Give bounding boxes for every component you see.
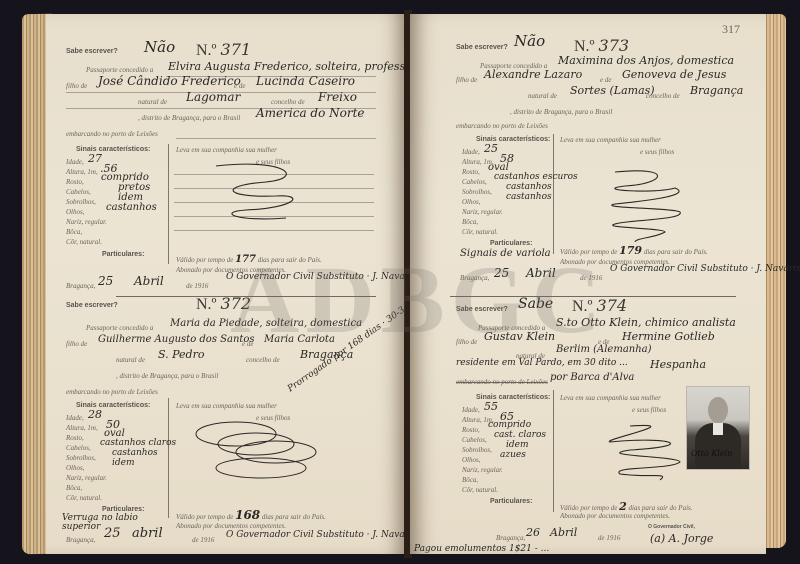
governor-signature: O Governador Civil Substituto · J. Navar… <box>610 264 800 274</box>
filhos-label: e seus filhos <box>640 148 674 156</box>
cor-label: Côr, natural. <box>66 238 102 246</box>
concelho-label: concelho de <box>271 98 305 106</box>
cancel-scribble <box>595 166 695 246</box>
abonado-label: Abonado por documentos competentes. <box>176 522 286 530</box>
entry-number: N.º 373 <box>574 36 629 56</box>
cancel-scribble <box>206 158 316 228</box>
year-label: de 1916 <box>192 536 214 544</box>
month-value: Abril <box>550 526 577 539</box>
destination: America do Norte <box>256 106 365 120</box>
particulares-label: Particulares: <box>102 506 144 513</box>
concelho-label: concelho de <box>246 356 280 364</box>
residence-note: residente em Val Pardo, em 30 dito ... <box>456 358 628 368</box>
cabelos-value: castanhos claros <box>100 438 176 448</box>
distrito-label: , distrito de Bragança, para o Brasil <box>138 114 240 122</box>
cor-label: Côr, natural. <box>462 486 498 494</box>
rosto-label: Rosto, <box>462 426 480 434</box>
cancel-scribble <box>590 422 700 482</box>
birthplace: Lagomar <box>186 90 240 104</box>
valido-label: Válido por tempo de 168 dias para sair d… <box>176 508 326 522</box>
governor-signature: (a) A. Jorge <box>650 532 713 545</box>
passport-entry-374: Sabe escrever? Sabe N.º 374 Passaporte c… <box>410 286 766 554</box>
particulares-label: Particulares: <box>490 498 532 505</box>
place-label: Bragança, <box>460 274 489 282</box>
sobrolhos-value: castanhos <box>112 448 158 458</box>
sabe-escrever-label: Sabe escrever? <box>456 306 508 313</box>
rosto-label: Rosto, <box>66 178 84 186</box>
distrito-label: , distrito de Bragança, para o Brasil <box>510 108 612 116</box>
olhos-value: castanhos <box>106 202 157 213</box>
holder-name: S.to Otto Klein, chimico analista <box>556 316 736 329</box>
father-name: José Cândido Frederico <box>98 74 241 88</box>
rosto-label: Rosto, <box>462 168 480 176</box>
leva-label: Leva em sua companhia sua mulher <box>176 146 277 154</box>
natural-de-label: natural de <box>116 356 145 364</box>
mother-name: Maria Carlota <box>264 334 335 345</box>
photo-signature: Otto Klein <box>691 449 732 458</box>
olhos-label: Olhos, <box>66 464 84 472</box>
sabe-escrever-label: Sabe escrever? <box>66 302 118 309</box>
holder-name: Maximina dos Anjos, domestica <box>558 54 734 67</box>
particulares-label: Particulares: <box>490 240 532 247</box>
passport-photo: Otto Klein <box>686 386 750 470</box>
cabelos-label: Cabelos, <box>462 436 487 444</box>
place-label: Bragança, <box>66 536 95 544</box>
birthplace: Sortes (Lamas) <box>570 84 655 97</box>
olhos-label: Olhos, <box>462 456 480 464</box>
birthplace: Berlim (Alemanha) <box>556 344 652 355</box>
boca-label: Bôca, <box>66 484 82 492</box>
holder-name: Elvira Augusta Frederico, solteira, prof… <box>168 60 424 73</box>
sobrolhos-label: Sobrolhos, <box>462 446 492 454</box>
cor-label: Côr, natural. <box>462 228 498 236</box>
sobrolhos-label: Sobrolhos, <box>66 198 96 206</box>
nariz-label: Nariz, regular. <box>462 208 503 216</box>
leva-label: Leva em sua companhia sua mulher <box>560 394 661 402</box>
valido-label: Válido por tempo de 179 dias para sair d… <box>560 244 708 257</box>
place-label: Bragança, <box>496 534 525 542</box>
nariz-label: Nariz, regular. <box>462 466 503 474</box>
sobrolhos-value: idem <box>506 440 529 450</box>
governor-signature: O Governador Civil Substituto · J. Navar… <box>226 530 419 540</box>
entry-number: N.º 374 <box>572 296 627 316</box>
sobrolhos-value: castanhos <box>506 182 552 192</box>
day-value: 26 <box>526 526 540 539</box>
cabelos-label: Cabelos, <box>66 444 91 452</box>
sabe-escrever-value: Sabe <box>518 296 553 312</box>
olhos-label: Olhos, <box>462 198 480 206</box>
olhos-value: azues <box>500 450 526 460</box>
concelho-label: concelho de <box>646 92 680 100</box>
holder-name: Maria da Piedade, solteira, domestica <box>170 318 362 329</box>
natural-de-label: natural de <box>528 92 557 100</box>
birthplace: S. Pedro <box>158 348 204 361</box>
rosto-value: comprido <box>488 420 531 430</box>
passaporte-label: Passaporte concedido a <box>86 324 153 332</box>
filho-de-label: filho de <box>456 76 477 84</box>
destination: Hespanha <box>650 358 706 371</box>
governador-label: O Governador Civil, <box>648 524 695 530</box>
e-de-label: e de <box>242 340 253 348</box>
nariz-label: Nariz, regular. <box>66 218 107 226</box>
leva-label: Leva em sua companhia sua mulher <box>176 402 277 410</box>
embarcation-value: por Barca d'Alva <box>550 372 634 383</box>
sabe-escrever-value: Não <box>144 38 175 56</box>
valido-label: Válido por tempo de 177 dias para sair d… <box>176 254 322 265</box>
passport-entry-371: Sabe escrever? Não N.º 371 Passaporte co… <box>46 18 406 286</box>
idade-value: 28 <box>88 408 102 421</box>
idade-value: 25 <box>484 142 498 155</box>
sabe-escrever-value: Não <box>514 32 545 50</box>
passport-entry-373: Sabe escrever? Não N.º 373 Passaporte co… <box>410 18 766 286</box>
cor-label: Côr, natural. <box>66 494 102 502</box>
idade-label: Idade, <box>66 414 84 422</box>
sabe-escrever-label: Sabe escrever? <box>456 44 508 51</box>
mother-name: Hermine Gotlieb <box>622 330 715 343</box>
cabelos-value: castanhos escuros <box>494 172 578 182</box>
cabelos-value: cast. claros <box>494 430 546 440</box>
filho-de-label: filho de <box>66 340 87 348</box>
e-de-label: e de <box>234 82 245 90</box>
filhos-label: e seus filhos <box>632 406 666 414</box>
boca-label: Bôca, <box>462 476 478 484</box>
boca-label: Bôca, <box>462 218 478 226</box>
nariz-label: Nariz, regular. <box>66 474 107 482</box>
e-de-label: e de <box>600 76 611 84</box>
mother-name: Lucinda Caseiro <box>256 74 355 88</box>
embarcando-label: embarcando no porto de Leixões <box>66 130 158 138</box>
day-value: 25 <box>494 266 509 280</box>
idade-label: Idade, <box>66 158 84 166</box>
year-label: de 1916 <box>598 534 620 542</box>
cancel-scribble <box>191 416 321 486</box>
idade-label: Idade, <box>462 148 480 156</box>
altura-label: Altura, 1m, <box>66 424 98 432</box>
olhos-value: castanhos <box>506 192 552 202</box>
boca-label: Bôca, <box>66 228 82 236</box>
year-label: de 1916 <box>580 274 602 282</box>
right-page: 317 Sabe escrever? Não N.º 373 Passaport… <box>410 14 766 554</box>
sobrolhos-label: Sobrolhos, <box>66 454 96 462</box>
abonado-label: Abonado por documentos competentes. <box>560 512 670 520</box>
left-page: Sabe escrever? Não N.º 371 Passaporte co… <box>46 14 406 554</box>
father-name: Guilherme Augusto dos Santos <box>98 334 255 345</box>
filho-de-label: filho de <box>66 82 87 90</box>
particulares-value: Signais de variola <box>460 248 551 259</box>
cabelos-label: Cabelos, <box>66 188 91 196</box>
cabelos-label: Cabelos, <box>462 178 487 186</box>
idade-label: Idade, <box>462 406 480 414</box>
olhos-label: Olhos, <box>66 208 84 216</box>
sabe-escrever-label: Sabe escrever? <box>66 48 118 55</box>
altura-label: Altura, 1m, <box>66 168 98 176</box>
embarcando-label: embarcando no porto de Leixões <box>66 388 158 396</box>
leva-label: Leva em sua companhia sua mulher <box>560 136 661 144</box>
filho-de-label: filho de <box>456 338 477 346</box>
idade-value: 55 <box>484 400 498 413</box>
concelho-value: Bragança <box>690 84 743 97</box>
natural-de-label: natural de <box>138 98 167 106</box>
month-value: abril <box>132 526 163 541</box>
distrito-label: , distrito de Bragança, para o Brasil <box>116 372 218 380</box>
entry-number: N.º 371 <box>196 40 251 60</box>
passport-entry-372: Sabe escrever? N.º 372 Passaporte conced… <box>46 286 406 554</box>
payment-note: Pagou emolumentos 1$21 - ... <box>414 544 549 554</box>
rosto-label: Rosto, <box>66 434 84 442</box>
father-name: Alexandre Lazaro <box>484 68 582 81</box>
month-value: Abril <box>526 266 556 280</box>
olhos-value: idem <box>112 458 135 468</box>
concelho-value: Freixo <box>318 90 357 104</box>
father-name: Gustav Klein <box>484 330 555 343</box>
sobrolhos-label: Sobrolhos, <box>462 188 492 196</box>
embarcando-label: embarcando no porto de Leixões <box>456 122 548 130</box>
embarcando-label-struck: embarcando no porto de Leixões <box>456 378 548 386</box>
mother-name: Genoveva de Jesus <box>622 68 726 81</box>
particulares-label: Particulares: <box>102 251 144 258</box>
passaporte-label: Passaporte concedido a <box>86 66 153 74</box>
entry-number: N.º 372 <box>196 294 251 314</box>
day-value: 25 <box>104 526 121 541</box>
governor-signature: O Governador Civil Substituto · J. Navar… <box>226 272 419 282</box>
